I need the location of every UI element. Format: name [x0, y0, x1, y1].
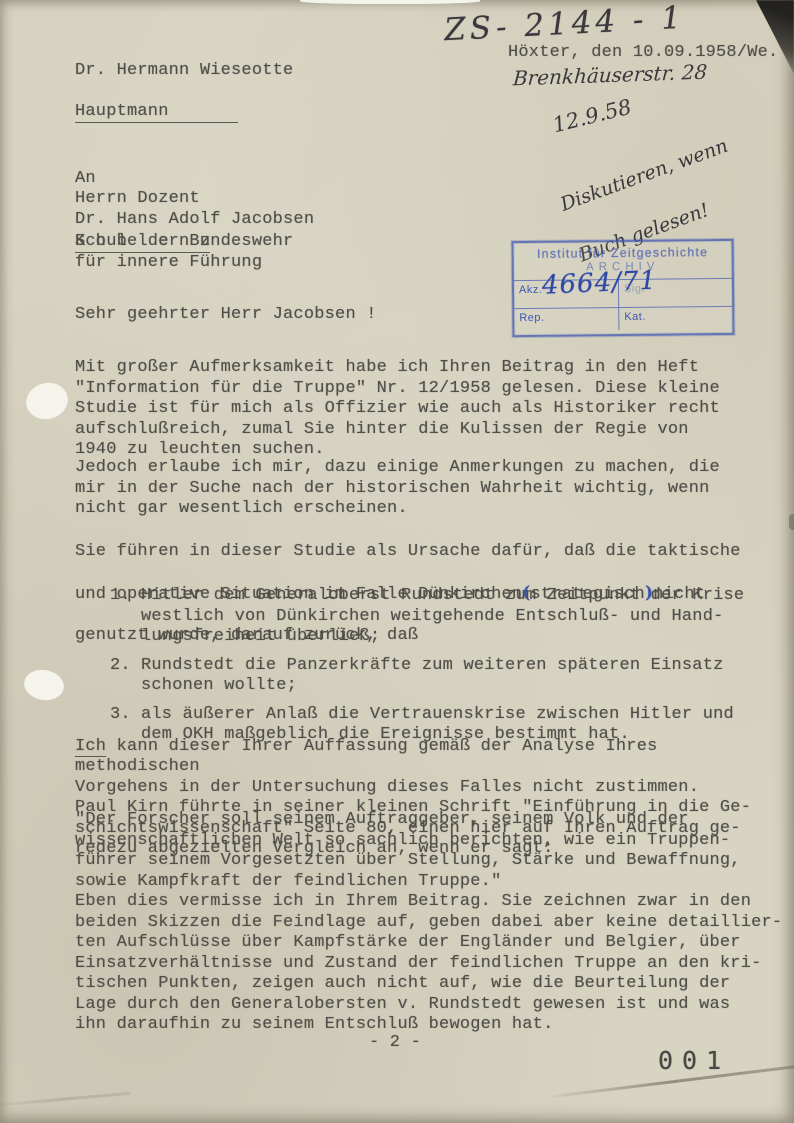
crease-line-bottom-left [0, 1092, 130, 1107]
list-item-1-text: Hitler dem Generaloberst Rundstedt zum Z… [141, 586, 744, 648]
letter-page: Dr. Hermann Wieseotte Hauptmann ZS- 2144… [0, 0, 794, 1123]
sender-block: Dr. Hermann Wieseotte Hauptmann [75, 40, 293, 123]
list-item-2: 2. Rundstedt die Panzerkräfte zum weiter… [110, 656, 744, 697]
sender-name: Dr. Hermann Wieseotte [75, 61, 293, 80]
torn-patch-left-lower [22, 667, 67, 703]
torn-patch-left-upper [22, 378, 72, 424]
street-handwritten: Brenkhäuserstr. 28 [512, 60, 708, 91]
paragraph-2: Jedoch erlaube ich mir, dazu einige Anme… [75, 458, 720, 520]
paragraph-5: Eben dies vermisse ich in Ihrem Beitrag.… [75, 892, 782, 1036]
edge-nick-right [789, 514, 794, 530]
torn-edge-top [300, 0, 480, 4]
stamp-rep-label: Rep. [514, 308, 619, 331]
salutation: Sehr geehrter Herr Jacobsen ! [75, 305, 377, 326]
paragraph-4-underlined-lead: Ich [75, 737, 106, 757]
folio-stamp: 001 [658, 1046, 730, 1075]
stamp-akz-value-handwritten: 4664/71 [541, 266, 657, 301]
page-number: - 2 - [75, 1033, 715, 1054]
list-item-1: 1. Hitler dem Generaloberst Rundstedt zu… [110, 586, 744, 648]
list-item-2-text: Rundstedt die Panzerkräfte zum weiteren … [141, 656, 724, 697]
stamp-kat-label: Kat. [619, 307, 732, 330]
list-item-2-number: 2. [110, 656, 141, 697]
quote-paragraph: "Der Forscher soll seinem Auftraggeber, … [75, 810, 741, 892]
archive-stamp: Institut für Zeitgeschichte ARCHIV Akz. … [512, 239, 735, 337]
stamp-row-rep-kat: Rep. Kat. [514, 307, 732, 331]
received-date-handwritten: 12.9.58 [550, 95, 634, 138]
archive-code-handwritten: ZS- 2144 - 1 [443, 0, 686, 48]
paragraph-1: Mit großer Aufmerksamkeit habe ich Ihren… [75, 358, 720, 461]
recipient-org: Schule der Bundeswehr für innere Führung [75, 232, 293, 273]
paragraph-3-line1: Sie führen in dieser Studie als Ursache … [75, 542, 741, 561]
sender-rank: Hauptmann [75, 102, 238, 124]
stamp-title: Institut für Zeitgeschichte [514, 245, 732, 261]
list-item-1-number: 1. [110, 586, 141, 648]
dateline: Höxter, den 10.09.1958/We. [508, 43, 778, 64]
